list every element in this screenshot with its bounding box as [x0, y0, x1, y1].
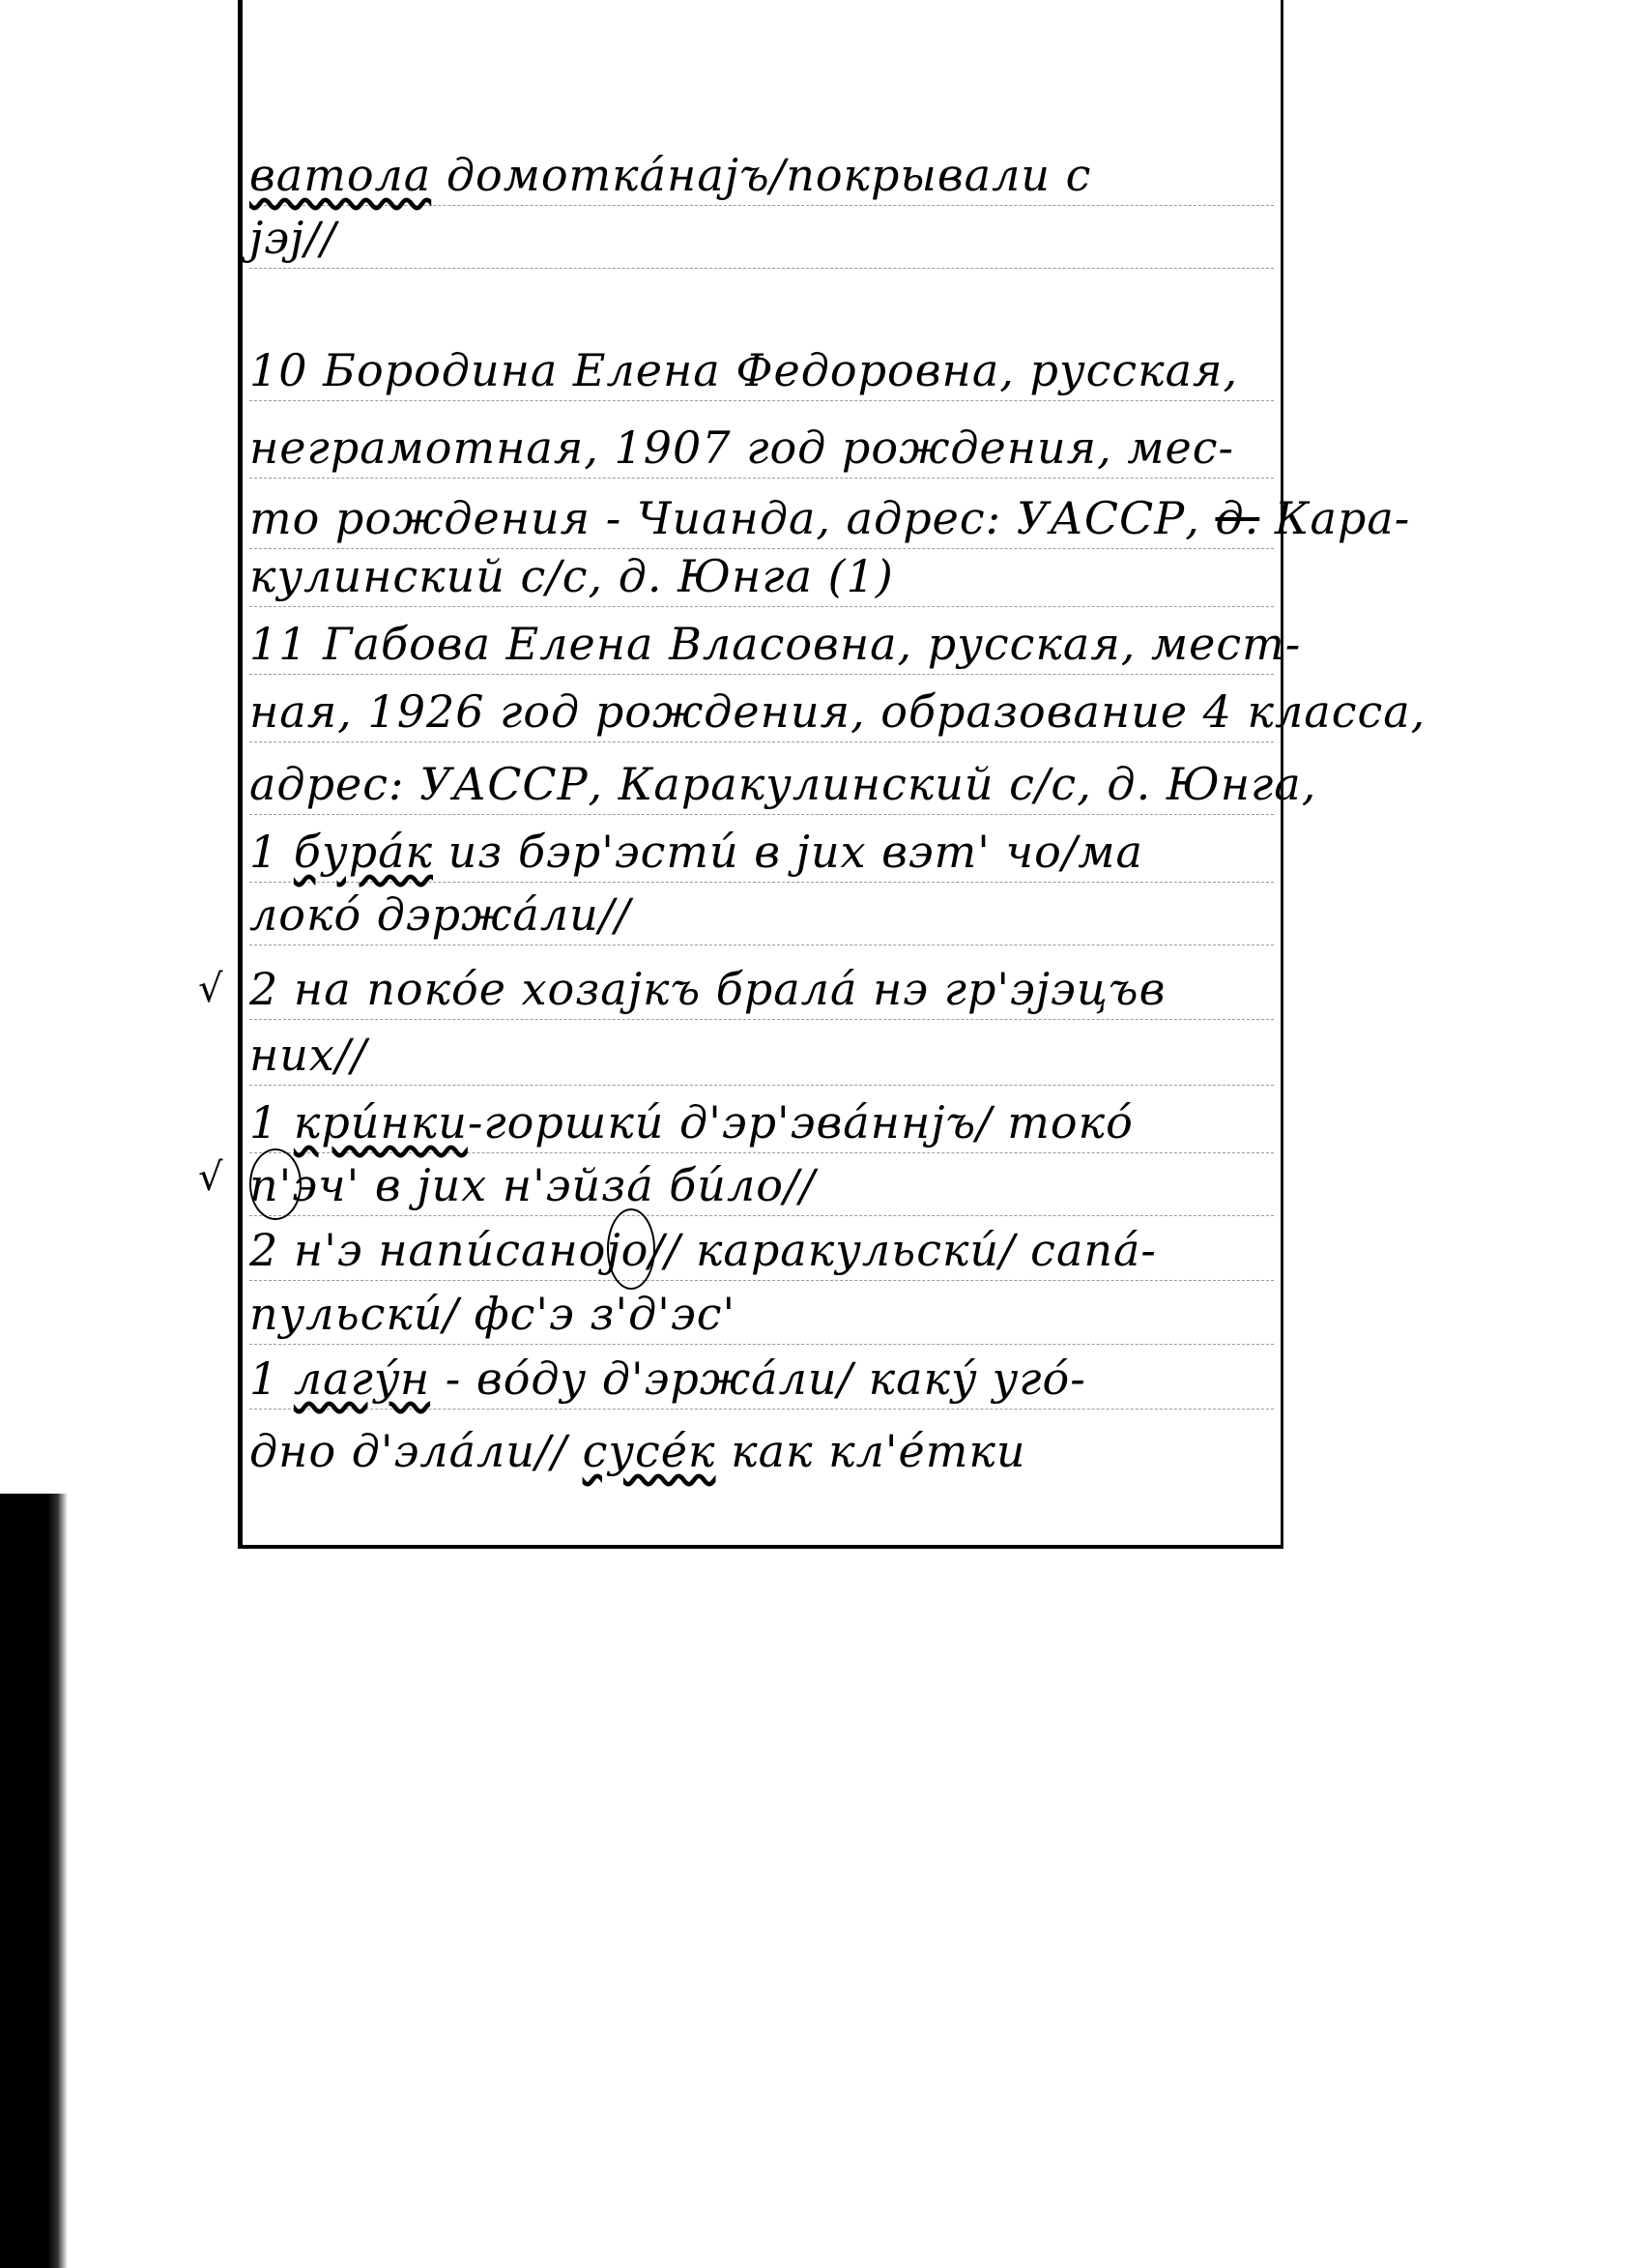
line-number: 1: [249, 1352, 294, 1405]
headword: лагýн: [294, 1352, 430, 1405]
line-number: 1: [249, 826, 294, 878]
margin-checkmark: √: [198, 1155, 223, 1200]
struck-text: д.: [1215, 492, 1259, 544]
text-line: дно д'элáли// сусéк как кл'éтки: [249, 1421, 1274, 1481]
line-text: из бэр'эстú в jих вэт' чо/ма: [433, 826, 1143, 878]
line-text: домоткáнаjъ/покрывали с: [431, 149, 1091, 201]
line-text: как кл'éтки: [716, 1425, 1026, 1477]
text-line: п'эч' в jих н'эйзá бúло//: [249, 1155, 1274, 1216]
line-text: Кара-: [1259, 492, 1410, 544]
text-line: кулинский с/с, д. Юнга (1): [249, 546, 1274, 607]
scanner-dark-edge: [0, 1494, 68, 2268]
informant-entry-10: 10 Бородина Елена Федоровна, русская,: [249, 340, 1274, 401]
headword: сусéк: [583, 1425, 716, 1477]
text-line: адрес: УАССР, Каракулинский с/с, д. Юнга…: [249, 754, 1274, 815]
text-line: неграмотная, 1907 год рождения, мес-: [249, 418, 1274, 479]
headword: бурáк: [294, 826, 433, 878]
text-line: 2 на покóе хозаjкъ бралá нэ гр'эjэцъв: [249, 959, 1274, 1020]
text-line: 2 н'э напúсаноjо// каракульскú/ сапá-: [249, 1220, 1274, 1281]
text-line: локó дэржáли//: [249, 885, 1274, 945]
circled-correction: [607, 1208, 655, 1290]
text-line: пульскú/ фс'э з'д'эс': [249, 1284, 1274, 1345]
line-text: -горшкú д'эр'эвáннjъ/ токó: [468, 1096, 1134, 1149]
text-line: 1 крúнки-горшкú д'эр'эвáннjъ/ токó: [249, 1092, 1274, 1153]
headword: ватола: [249, 149, 431, 201]
headword: крúнки: [294, 1096, 468, 1149]
text-line: ная, 1926 год рождения, образование 4 кл…: [249, 682, 1274, 742]
text-line: ватола домоткáнаjъ/покрывали с: [249, 145, 1274, 206]
margin-checkmark: √: [198, 967, 223, 1011]
informant-entry-11: 11 Габова Елена Власовна, русская, мест-: [249, 614, 1274, 675]
text-line: jэj//: [249, 208, 1274, 269]
text-line: 1 бурáк из бэр'эстú в jих вэт' чо/ма: [249, 822, 1274, 883]
text-line: то рождения - Чианда, адрес: УАССР, д. К…: [249, 488, 1274, 549]
line-text: - вóду д'эржáли/ какý угó-: [430, 1352, 1086, 1405]
circled-correction: [249, 1149, 302, 1220]
line-number: 1: [249, 1096, 294, 1149]
text-line: них//: [249, 1025, 1274, 1086]
line-text: дно д'элáли//: [249, 1425, 583, 1477]
text-line: 1 лагýн - вóду д'эржáли/ какý угó-: [249, 1349, 1274, 1410]
line-text: то рождения - Чианда, адрес: УАССР,: [249, 492, 1215, 544]
